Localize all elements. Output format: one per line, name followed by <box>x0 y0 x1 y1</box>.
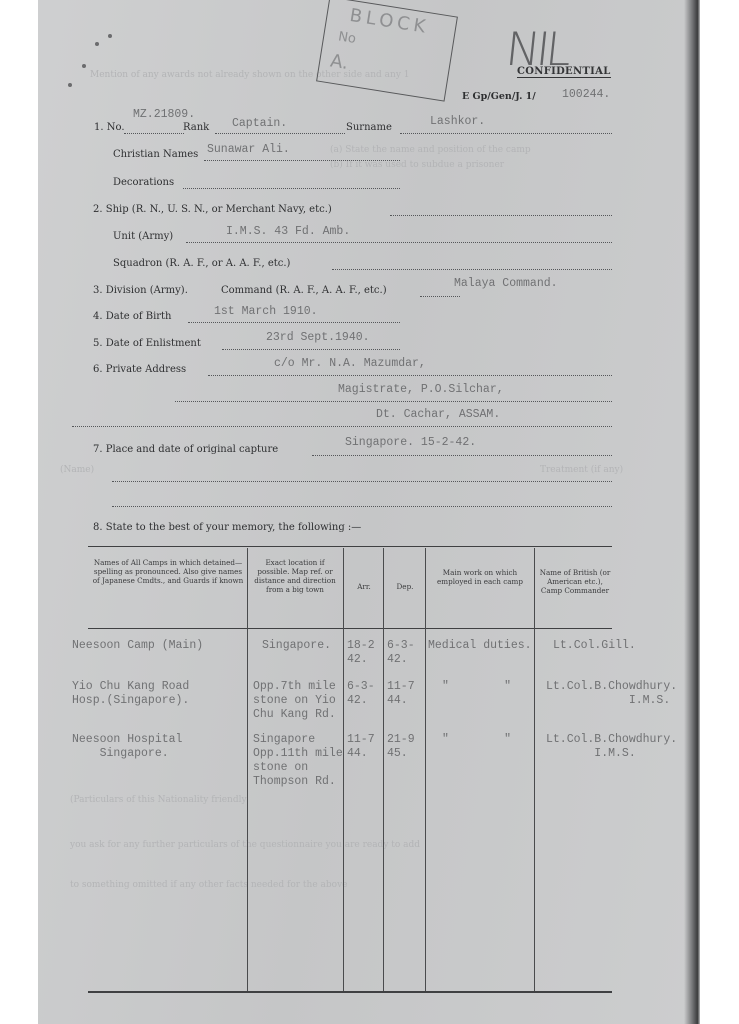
dotted-line <box>72 426 612 427</box>
table-row-1-location: Singapore. <box>262 639 331 653</box>
squadron-label: Squadron (R. A. F., or A. A. F., etc.) <box>113 258 290 269</box>
header-departure: Dep. <box>385 582 425 591</box>
no-label: 1. No. <box>94 122 125 133</box>
header-arrival: Arr. <box>345 582 383 591</box>
header-location: Exact location if possible. Map ref. or … <box>251 558 339 594</box>
dotted-line <box>390 215 612 216</box>
dob-label: 4. Date of Birth <box>93 311 172 322</box>
dob-value: 1st March 1910. <box>214 305 318 318</box>
rank-value: Captain. <box>232 117 287 130</box>
table-row-3-arrival: 11-7 44. <box>347 733 375 761</box>
dotted-line <box>312 455 612 456</box>
column-divider <box>343 548 344 991</box>
bleed-through-text: you ask for any further particulars of t… <box>70 840 420 850</box>
bleed-through-text: (Particulars of this Nationality friendl… <box>70 795 247 805</box>
table-row-3-departure: 21-9 45. <box>387 733 415 761</box>
address-line-1: c/o Mr. N.A. Mazumdar, <box>274 357 426 370</box>
dotted-line <box>215 133 345 134</box>
command-label: Command (R. A. F., A. A. F., etc.) <box>221 285 387 296</box>
bleed-through-text: Treatment (if any) <box>540 465 623 475</box>
service-number-value: MZ.21809. <box>133 108 195 121</box>
bleed-through-text: (Name) <box>60 465 94 475</box>
decorations-label: Decorations <box>113 177 174 188</box>
dotted-line <box>112 506 612 507</box>
surname-value: Lashkor. <box>430 115 485 128</box>
header-main-work: Main work on which employed in each camp <box>432 568 528 586</box>
dotted-line <box>222 349 400 350</box>
punch-mark <box>68 83 72 87</box>
christian-names-value: Sunawar Ali. <box>207 143 290 156</box>
ship-label: 2. Ship (R. N., U. S. N., or Merchant Na… <box>93 204 332 215</box>
dotted-line <box>124 133 184 134</box>
table-row-2-commander: Lt.Col.B.Chowdhury. I.M.S. <box>546 680 677 708</box>
unit-value: I.M.S. 43 Fd. Amb. <box>226 225 350 238</box>
christian-names-label: Christian Names <box>113 149 198 160</box>
table-bottom-rule <box>88 991 612 993</box>
page-edge-shadow <box>684 0 700 1024</box>
punch-mark <box>95 42 99 46</box>
dotted-line <box>186 242 612 243</box>
bleed-through-text: (b) If it was used to subdue a prisoner <box>330 160 504 170</box>
address-line-2: Magistrate, P.O.Silchar, <box>338 383 504 396</box>
table-row-3-location: Singapore Opp.11th mile stone on Thompso… <box>253 733 343 789</box>
table-row-1-arrival: 18-2 42. <box>347 639 375 667</box>
dotted-line <box>204 160 400 161</box>
table-row-1-departure: 6-3- 42. <box>387 639 415 667</box>
enlistment-label: 5. Date of Enlistment <box>93 338 201 349</box>
dotted-line <box>420 296 460 297</box>
column-divider <box>534 548 535 991</box>
table-row-3-work: " " <box>442 733 511 747</box>
unit-label: Unit (Army) <box>113 231 173 242</box>
punch-mark <box>82 64 86 68</box>
dotted-line <box>175 401 612 402</box>
dotted-line <box>183 188 400 189</box>
bleed-through-text: (a) State the name and position of the c… <box>330 145 531 155</box>
column-divider <box>425 548 426 991</box>
table-top-rule <box>88 546 612 547</box>
header-camp-names: Names of All Camps in which detained—spe… <box>92 558 244 585</box>
enlistment-value: 23rd Sept.1940. <box>266 331 370 344</box>
table-row-2-work: " " <box>442 680 511 694</box>
table-row-3-camp: Neesoon Hospital Singapore. <box>72 733 182 761</box>
division-label: 3. Division (Army). <box>93 285 188 296</box>
capture-label: 7. Place and date of original capture <box>93 444 278 455</box>
dotted-line <box>400 133 612 134</box>
dotted-line <box>188 322 400 323</box>
table-row-3-commander: Lt.Col.B.Chowdhury. I.M.S. <box>546 733 677 761</box>
punch-mark <box>108 34 112 38</box>
table-row-2-departure: 11-7 44. <box>387 680 415 708</box>
address-label: 6. Private Address <box>93 364 186 375</box>
header-camp-commander: Name of British (or American etc.), Camp… <box>536 568 614 595</box>
dotted-line <box>332 269 612 270</box>
table-row-1-camp: Neesoon Camp (Main) <box>72 639 203 653</box>
command-value: Malaya Command. <box>454 277 558 290</box>
surname-label: Surname <box>346 122 392 133</box>
section-8-label: 8. State to the best of your memory, the… <box>93 522 361 533</box>
table-row-1-work: Medical duties. <box>428 639 532 653</box>
column-divider <box>247 548 248 991</box>
bleed-through-text: to something omitted if any other facts … <box>70 880 347 890</box>
table-row-2-location: Opp.7th mile stone on Yio Chu Kang Rd. <box>253 680 336 722</box>
rank-label: Rank <box>183 122 209 133</box>
column-divider <box>383 548 384 991</box>
reference-number: 100244. <box>562 88 610 101</box>
table-row-2-arrival: 6-3- 42. <box>347 680 375 708</box>
table-row-2-camp: Yio Chu Kang Road Hosp.(Singapore). <box>72 680 189 708</box>
dotted-line <box>112 481 612 482</box>
classification-label: CONFIDENTIAL <box>517 66 611 78</box>
address-line-3: Dt. Cachar, ASSAM. <box>376 408 500 421</box>
dotted-line <box>208 375 612 376</box>
capture-value: Singapore. 15-2-42. <box>345 436 476 449</box>
table-row-1-commander: Lt.Col.Gill. <box>553 639 636 653</box>
reference-label: E Gp/Gen/J. 1/ <box>462 91 536 102</box>
